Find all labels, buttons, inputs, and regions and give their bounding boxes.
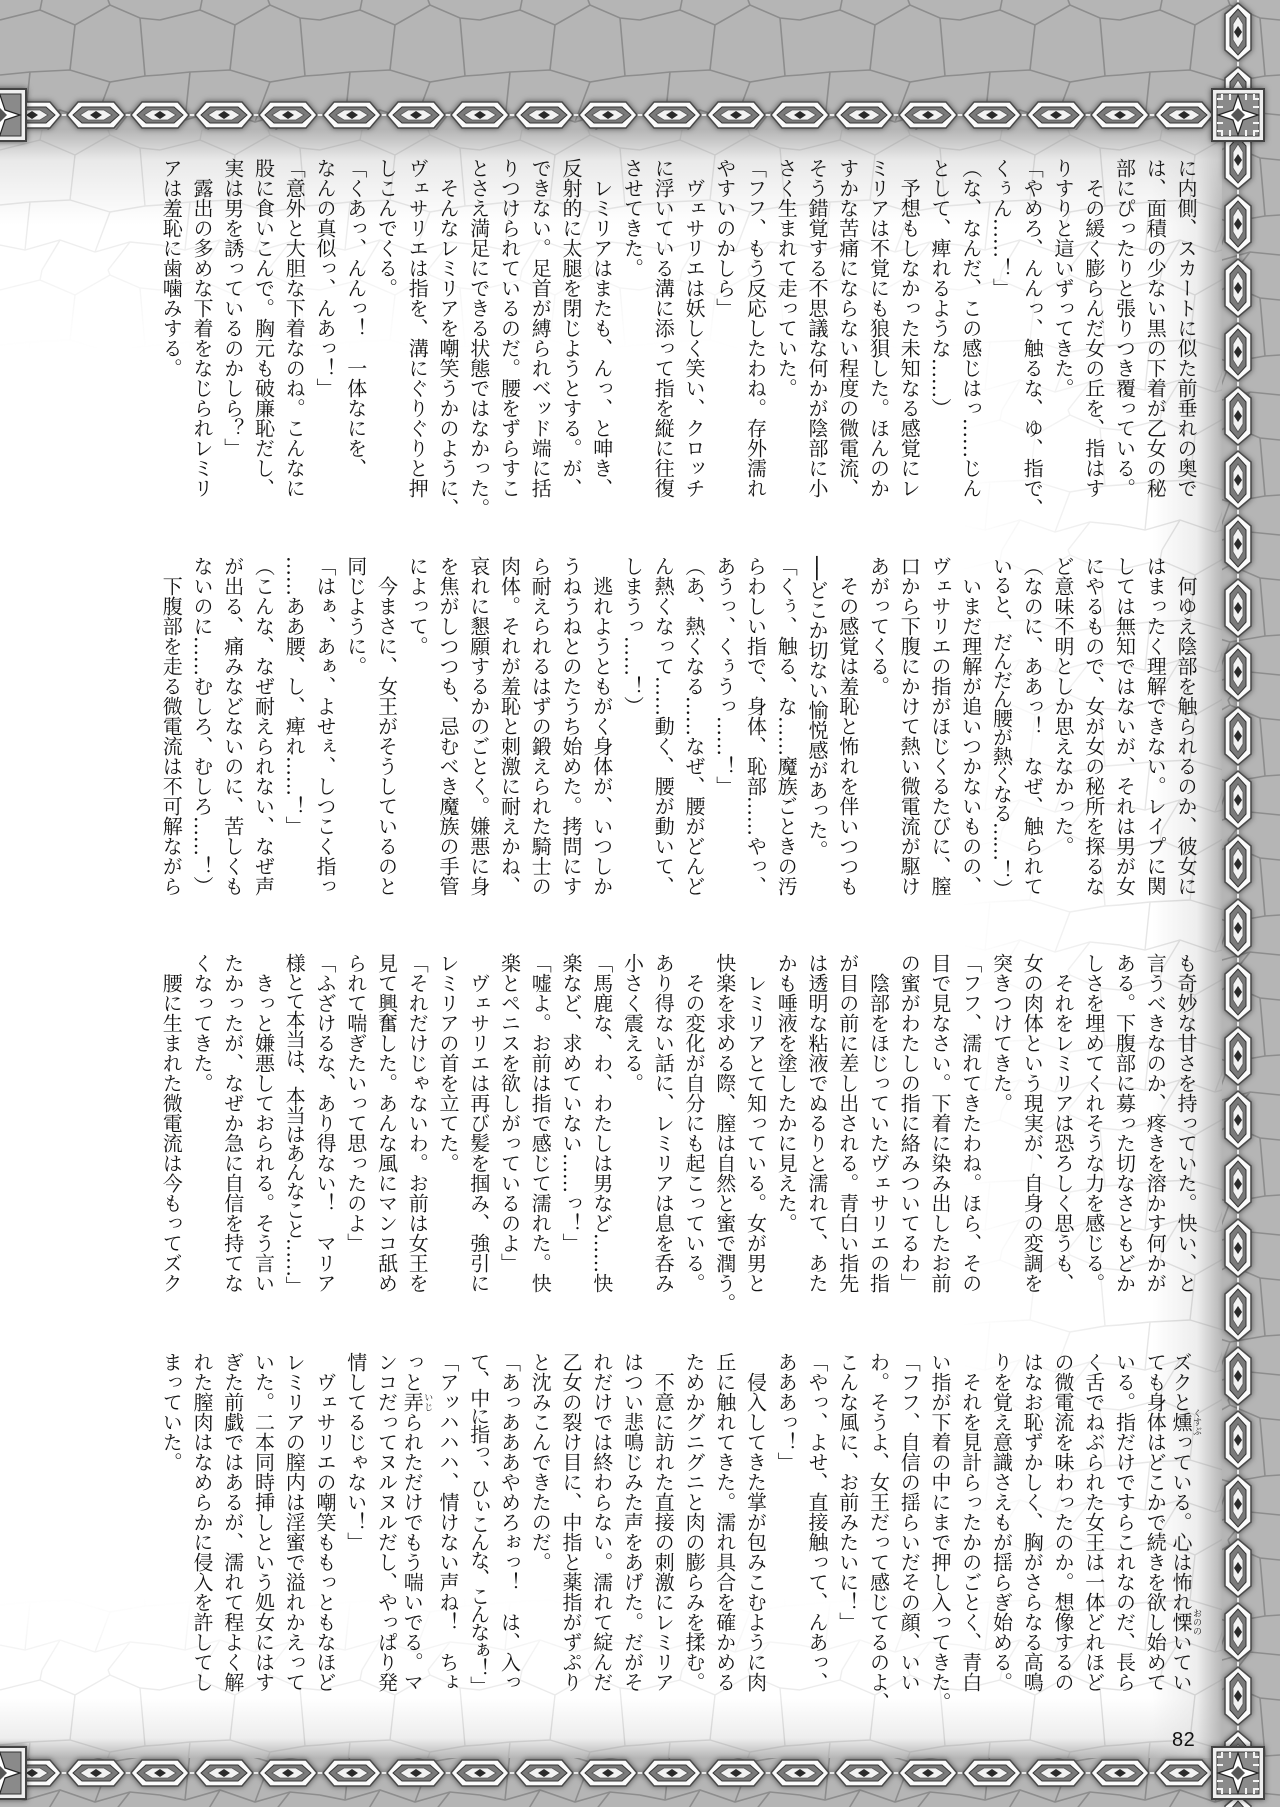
text-column: ど意味不明としか思えなかった。 (1047, 556, 1078, 898)
text-column: その緩く膨らんだ女の丘を、指はす (1078, 158, 1109, 500)
text-column: くなってきた。 (186, 953, 217, 1295)
text-column: 反射的に太腿を閉じようとする。が、 (555, 158, 586, 500)
text-column: いまだ理解が追いつかないものの、 (955, 556, 986, 898)
text-segment: いてい (1169, 1632, 1193, 1692)
text-segment: られただけでもう喘いでる。マ (400, 1412, 424, 1692)
text-column: られて喘ぎたいって思ったのよ」 (340, 953, 371, 1295)
text-column: 実は男を誘っているのかしら？」 (217, 158, 248, 500)
text-column: あがってくる。 (863, 556, 894, 898)
text-column: ンコだってヌルヌルだし、やっぱり発 (371, 1352, 402, 1694)
text-column: 小さく震える。 (617, 953, 648, 1295)
text-column: 陰部をほじっていたヴェサリエの指 (863, 953, 894, 1295)
text-column: は、面積の少ない黒の下着が乙女の秘 (1140, 158, 1171, 500)
ruby-base: 弄 (400, 1392, 424, 1412)
text-column: そう錯覚する不思議な何かが陰部に小 (801, 158, 832, 500)
text-column: わ。そうよ、女王だって感じてるのよ、 (863, 1352, 894, 1694)
corner-ornament-icon (0, 1743, 30, 1803)
text-column: アは羞恥に歯噛みする。 (156, 158, 187, 500)
text-column: を焦がしつつも、忌むべき魔族の手管 (432, 556, 463, 898)
text-column: 股に食いこんで。胸元も破廉恥だし、 (248, 158, 279, 500)
text-column: あり得ない話に、レミリアは息を呑み (648, 953, 679, 1295)
text-column: ためかグニグニと肉の膨らみを揉む。 (678, 1352, 709, 1694)
corner-ornament-icon (1208, 1743, 1268, 1803)
text-column: レミリアとて知っている。女が男と (740, 953, 771, 1295)
text-column: それを見計らったかのごとく、青白 (955, 1352, 986, 1694)
text-column: 「アッハハハ、情けない声ね！ ちょ (432, 1352, 463, 1694)
text-column: 情してるじゃない！」 (340, 1352, 371, 1694)
text-column: ても身体はどこかで続きを欲し始めて (1140, 1352, 1171, 1694)
text-column: 「それだけじゃないわ。お前は女王を (402, 953, 433, 1295)
text-column: りすりと這いずってきた。 (1047, 158, 1078, 500)
text-column: 侵入してきた掌が包みこむように肉 (740, 1352, 771, 1694)
text-column: れだけでは終わらない。濡れて綻んだ (586, 1352, 617, 1694)
text-column: の蜜がわたしの指に絡みついてるわ」 (894, 953, 925, 1295)
text-column: それをレミリアは恐ろしく思うも、 (1047, 953, 1078, 1295)
text-column: が出る、痛みなどないのに、苦しくも (217, 556, 248, 898)
text-column: させてきた。 (617, 158, 648, 500)
text-column: まっていた。 (156, 1352, 187, 1694)
text-column: 「フフ、自信の揺らいだその顔、いい (894, 1352, 925, 1694)
ornamental-border-top (0, 98, 1222, 132)
text-column: たかったが、なぜか急に自信を持てな (217, 953, 248, 1295)
text-column: 女の肉体という現実が、自身の変調を (1017, 953, 1048, 1295)
text-column: ……ああ腰、し、痺れ……！」 (279, 556, 310, 898)
text-segment: っている。心は怖れ (1169, 1432, 1193, 1612)
text-column: なんの真似っ、んあっ！」 (309, 158, 340, 500)
text-column: かも唾液を塗したかに見えた。 (771, 953, 802, 1295)
text-column: きっと嫌悪しておられる。そう言い (248, 953, 279, 1295)
text-column: さく生まれて走っていた。 (771, 158, 802, 500)
text-column: いる。指だけですらこれなのだ、長ら (1109, 1352, 1140, 1694)
text-column: うねうねとのたうち始めた。拷問にす (555, 556, 586, 898)
ruby-reading: くすぶ (1191, 1409, 1201, 1436)
text-column: ある。下腹部に募った切なさともどか (1109, 953, 1140, 1295)
text-column: に内側、スカートに似た前垂れの奥で (1170, 158, 1201, 500)
text-column: に浮いている溝に添って指を縦に往復 (648, 158, 679, 500)
furigana: 慄おのの (1169, 1612, 1193, 1632)
text-column: そんなレミリアを嘲笑うかのように、 (432, 158, 463, 500)
text-column: その変化が自分にも起こっている。 (678, 953, 709, 1295)
text-column: 部にぴったりと張りつき覆っている。 (1109, 158, 1140, 500)
text-column: ヴェサリエは指を、溝にぐりぐりと押 (402, 158, 433, 500)
text-column: っと弄いじられただけでもう喘いでる。マ (402, 1352, 433, 1694)
text-column: （あ、熱くなる……なぜ、腰がどんど (678, 556, 709, 898)
text-column: にやるもので、女が女の秘所を探るな (1078, 556, 1109, 898)
text-column: はなお恥ずかしく、胸がさらなる高鳴 (1017, 1352, 1048, 1694)
text-column: 楽とペニスを欲しがっているのよ」 (494, 953, 525, 1295)
text-column: 「やっ、よせ、直接触って、んあっ、 (801, 1352, 832, 1694)
text-column: らわしい指で、身体、恥部……やっ、 (740, 556, 771, 898)
text-column: として、痺れるような……） (924, 158, 955, 500)
text-column: ──どこか切ない愉悦感があった。 (801, 556, 832, 898)
text-column: （な、なんだ、この感じはっ……じん (955, 158, 986, 500)
text-band-2: 何ゆえ陰部を触られるのか、彼女に はまったく理解できない。レイプに関 しては無知… (155, 556, 1201, 898)
text-column: ん熱くなって……動く、腰が動いて、 (648, 556, 679, 898)
text-column: て、中に指っ、ひぃこんな、こんなぁ！」 (463, 1352, 494, 1694)
text-column: 楽など、求めていない……っ！」 (555, 953, 586, 1295)
text-column: 様とて本当は、本当はあんなこと……」 (279, 953, 310, 1295)
text-column: ないのに……むしろ、むしろ……！） (186, 556, 217, 898)
text-column: （こんな、なぜ耐えられない、なぜ声 (248, 556, 279, 898)
furigana: 燻くすぶ (1169, 1412, 1193, 1432)
text-column: 肉体。それが羞恥と刺激に耐えかね、 (494, 556, 525, 898)
text-column: ヴェサリエは妖しく笑い、クロッチ (678, 158, 709, 500)
text-column: しさを埋めてくれそうな力を感じる。 (1078, 953, 1109, 1295)
text-column: ヴェサリエの嘲笑ももっともなほど (309, 1352, 340, 1694)
text-band-1: に内側、スカートに似た前垂れの奥で は、面積の少ない黒の下着が乙女の秘 部にぴっ… (155, 158, 1201, 500)
text-column: 「フフ、濡れてきたわね。ほら、その (955, 953, 986, 1295)
text-column: 「フフ、もう反応したわね。存外濡れ (740, 158, 771, 500)
text-column: りつけられているのだ。腰をずらすこ (494, 158, 525, 500)
text-column: あああっ！」 (771, 1352, 802, 1694)
text-column: あうっ、くぅうっ……！」 (709, 556, 740, 898)
text-column: 丘に触れてきた。濡れ具合を確かめる (709, 1352, 740, 1694)
text-column: 言うべきなのか、疼きを溶かす何かが (1140, 953, 1171, 1295)
corner-ornament-icon (0, 85, 30, 145)
text-segment: っと (400, 1352, 424, 1392)
text-column: 同じように。 (340, 556, 371, 898)
text-column: すかな苦痛にならない程度の微電流、 (832, 158, 863, 500)
text-column: 「嘘よ。お前は指で感じて濡れた。快 (525, 953, 556, 1295)
text-column: 不意に訪れた直接の刺激にレミリア (648, 1352, 679, 1694)
text-column: いた。二本同時挿しという処女にはす (248, 1352, 279, 1694)
text-column: 露出の多めな下着をなじられレミリ (186, 158, 217, 500)
text-column: ヴェサリエは再び髪を掴み、強引に (463, 953, 494, 1295)
text-column: 突きつけてきた。 (986, 953, 1017, 1295)
text-column: 「くぅ、触る、な……魔族ごときの汚 (771, 556, 802, 898)
text-column: （なのに、ああっ！ なぜ、触られて (1017, 556, 1048, 898)
text-segment: ズクと (1169, 1352, 1193, 1412)
ruby-reading: おのの (1191, 1609, 1201, 1636)
text-column: はつい悲鳴じみた声をあげた。だがそ (617, 1352, 648, 1694)
text-column: ズクと燻くすぶっている。心は怖れ慄おののいてい (1170, 1352, 1201, 1694)
ornamental-border-bottom (0, 1756, 1222, 1790)
text-column: ら耐えられるはずの鍛えられた騎士の (525, 556, 556, 898)
corner-ornament-icon (1208, 85, 1268, 145)
text-column: 「はぁ、あぁ、よせぇ、しつこく指っ (309, 556, 340, 898)
text-column: とさえ満足にできる状態ではなかった。 (463, 158, 494, 500)
text-column: その感覚は羞恥と怖れを伴いつつも (832, 556, 863, 898)
furigana: 弄いじ (400, 1392, 424, 1412)
text-column: ミリアは不覚にも狼狽した。ほんのか (863, 158, 894, 500)
text-column: ぎた前戯ではあるが、濡れて程よく解 (217, 1352, 248, 1694)
text-column: 哀れに懇願するかのごとく。嫌悪に身 (463, 556, 494, 898)
text-column: 「馬鹿な、わ、わたしは男など……快 (586, 953, 617, 1295)
text-column: はまったく理解できない。レイプに関 (1140, 556, 1171, 898)
text-column: レミリアの膣内は淫蜜で溢れかえって (279, 1352, 310, 1694)
text-column: 見て興奮した。あんな風にマンコ舐め (371, 953, 402, 1295)
text-column: 腰に生まれた微電流は今もってズク (156, 953, 187, 1295)
text-column: できない。足首が縛られベッド端に括 (525, 158, 556, 500)
text-column: やすいのかしら」 (709, 158, 740, 500)
text-column: 「くあっ、んんっ！ 一体なにを、 (340, 158, 371, 500)
text-column: いると、だんだん腰が熱くなる……！） (986, 556, 1017, 898)
text-column: は透明な粘液でぬるりと濡れて、あた (801, 953, 832, 1295)
text-column: の微電流を味わったのか。想像するの (1047, 1352, 1078, 1694)
text-column: 快楽を求める際、膣は自然と蜜で潤う。 (709, 953, 740, 1295)
ruby-reading: いじ (422, 1392, 432, 1412)
text-column: しては無知ではないが、それは男が女 (1109, 556, 1140, 898)
text-column: 予想もしなかった未知なる感覚にレ (894, 158, 925, 500)
text-column: い指が下着の中にまで押し入ってきた。 (924, 1352, 955, 1694)
text-column: 目で見なさい。下着に染み出したお前 (924, 953, 955, 1295)
text-column: しこんでくる。 (371, 158, 402, 500)
text-column: しまうっ……！） (617, 556, 648, 898)
text-column: によって。 (402, 556, 433, 898)
text-column: 口から下腹にかけて熱い微電流が駆け (894, 556, 925, 898)
text-column: くぅん……！」 (986, 158, 1017, 500)
text-column: 「やめろ、んんっ、触るな、ゆ、指で、 (1017, 158, 1048, 500)
text-column: 逃れようともがく身体が、いつしか (586, 556, 617, 898)
ornamental-border-right (1221, 0, 1255, 1807)
text-column: りを覚え意識さえもが揺らぎ始める。 (986, 1352, 1017, 1694)
text-column: れた膣肉はなめらかに侵入を許してし (186, 1352, 217, 1694)
text-column: レミリアの首を立てた。 (432, 953, 463, 1295)
text-column: 「意外と大胆な下着なのね。こんなに (279, 158, 310, 500)
text-column: レミリアはまたも、んっ、と呻き、 (586, 158, 617, 500)
text-column: 何ゆえ陰部を触られるのか、彼女に (1170, 556, 1201, 898)
text-column: 下腹部を走る微電流は不可解ながら (156, 556, 187, 898)
text-column: 「あっあああやめろぉっ！ は、入っ (494, 1352, 525, 1694)
text-column: こんな風に、お前みたいに！」 (832, 1352, 863, 1694)
text-band-3: も奇妙な甘さを持っていた。快い、と 言うべきなのか、疼きを溶かす何かが ある。下… (155, 953, 1201, 1295)
text-column: も奇妙な甘さを持っていた。快い、と (1170, 953, 1201, 1295)
text-column: 乙女の裂け目に、中指と薬指がずぷり (555, 1352, 586, 1694)
page-number: 82 (1172, 1729, 1195, 1752)
text-column: が目の前に差し出される。青白い指先 (832, 953, 863, 1295)
text-column: 「ふざけるな、あり得ない！ マリア (309, 953, 340, 1295)
text-band-4: ズクと燻くすぶっている。心は怖れ慄おののいてい ても身体はどこかで続きを欲し始め… (155, 1352, 1201, 1694)
text-column: ヴェサリエの指がほじくるたびに、膣 (924, 556, 955, 898)
text-column: く舌でねぶられた女王は一体どれほど (1078, 1352, 1109, 1694)
text-column: 今まさに、女王がそうしているのと (371, 556, 402, 898)
text-column: と沈みこんできたのだ。 (525, 1352, 556, 1694)
